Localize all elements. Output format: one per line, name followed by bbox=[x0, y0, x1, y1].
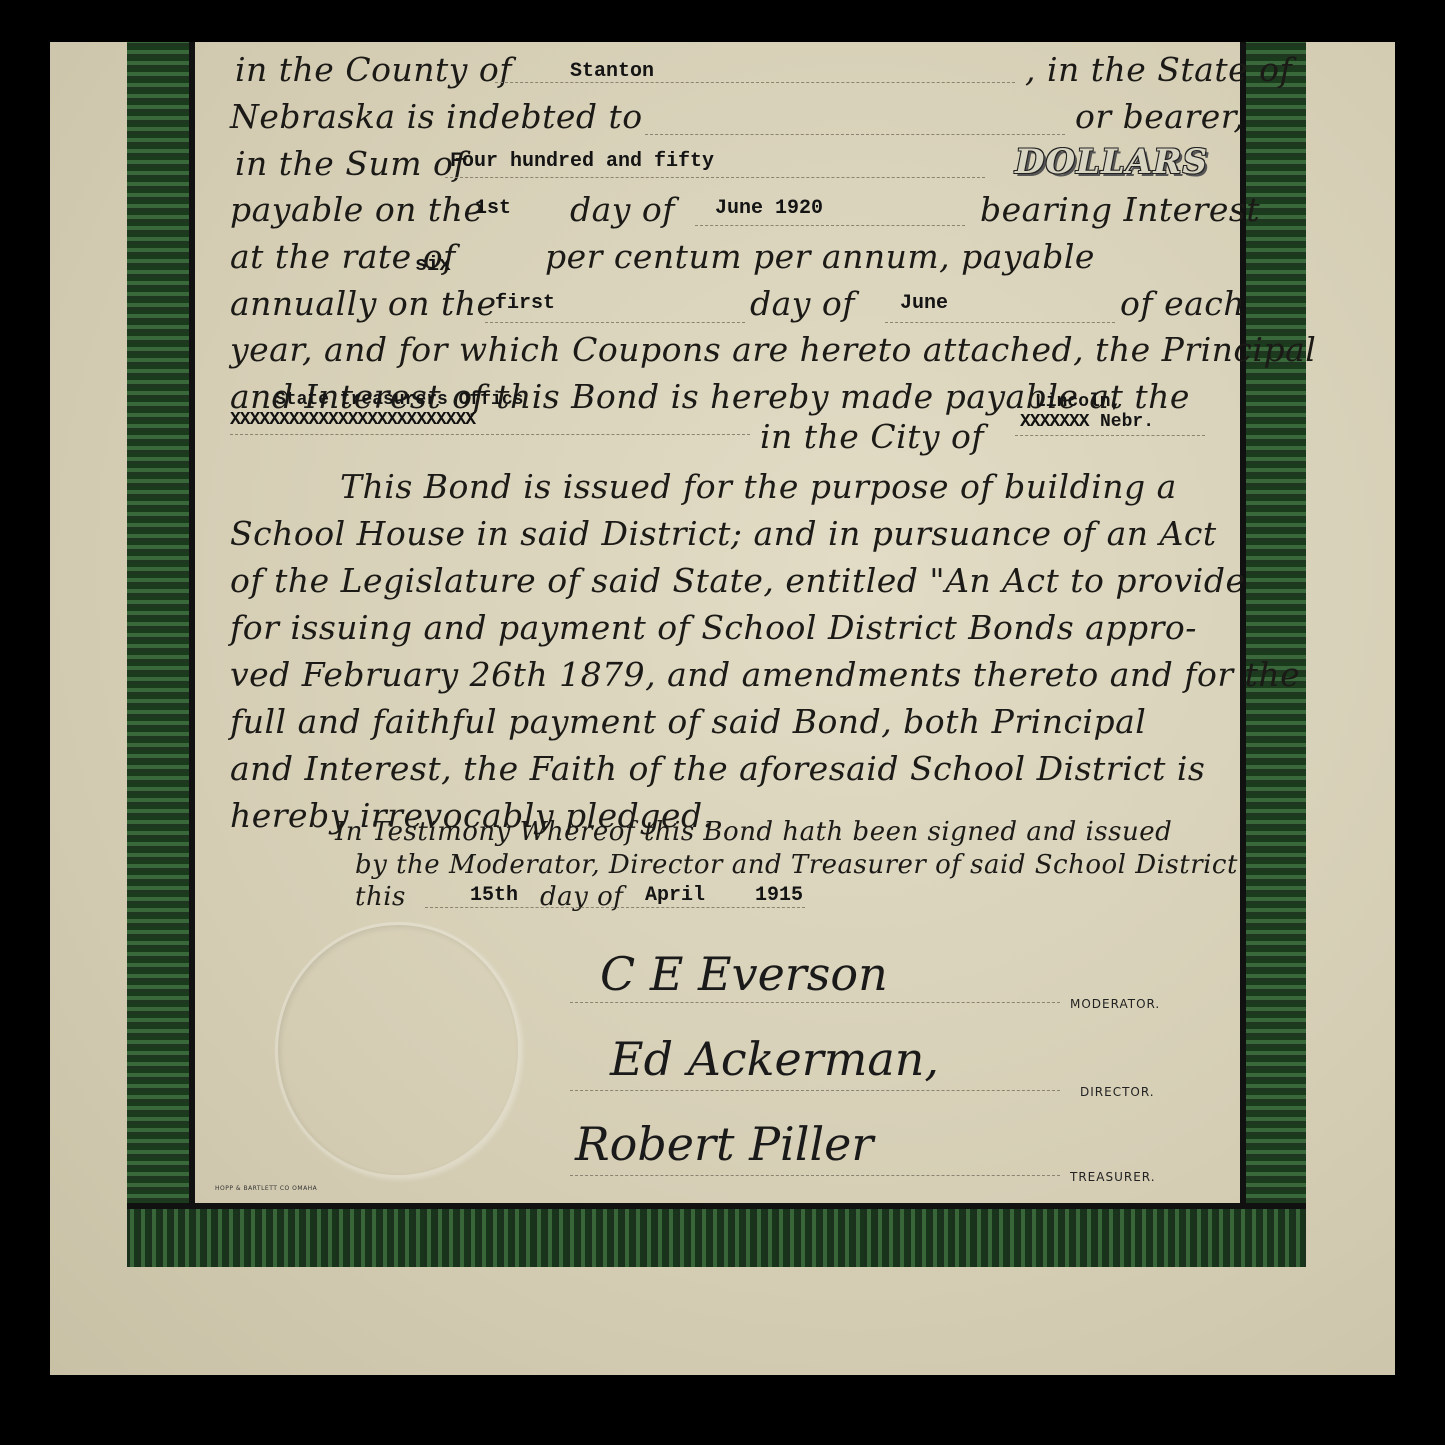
purpose-line-1: This Bond is issued for the purpose of b… bbox=[340, 467, 1177, 506]
guilloche-border-bottom bbox=[127, 1203, 1306, 1267]
sum-value: Four hundred and fifty bbox=[450, 150, 714, 173]
bearer-label: or bearer, bbox=[1075, 97, 1244, 136]
city-rule bbox=[1015, 435, 1205, 436]
indebted-label: Nebraska is indebted to bbox=[230, 97, 643, 136]
testimony-line-2: by the Moderator, Director and Treasurer… bbox=[355, 850, 1238, 880]
moderator-rule bbox=[570, 1002, 1060, 1003]
issue-month: April bbox=[645, 884, 705, 907]
payable-date-rule bbox=[695, 225, 965, 226]
of-each-label: of each bbox=[1120, 284, 1245, 323]
payment-place: State treasurers Offics bbox=[275, 390, 523, 410]
struck-city: XXXXXXX bbox=[1020, 412, 1089, 432]
county-value: Stanton bbox=[570, 60, 654, 83]
treasurer-rule bbox=[570, 1175, 1060, 1176]
treasurer-label: TREASURER. bbox=[1070, 1170, 1156, 1184]
purpose-line-7: and Interest, the Faith of the aforesaid… bbox=[230, 749, 1205, 788]
state-label: , in the State of bbox=[1025, 50, 1292, 89]
purpose-line-3: of the Legislature of said State, entitl… bbox=[230, 561, 1245, 600]
moderator-label: MODERATOR. bbox=[1070, 997, 1160, 1011]
annually-label: annually on the bbox=[230, 284, 497, 323]
city-label: in the City of bbox=[760, 417, 984, 456]
payable-dayof-label: day of bbox=[570, 190, 675, 229]
annual-month-rule bbox=[885, 322, 1115, 323]
embossed-seal bbox=[275, 922, 521, 1178]
city-value: Lincoln, bbox=[1035, 392, 1121, 412]
purpose-line-4: for issuing and payment of School Distri… bbox=[230, 608, 1197, 647]
purpose-line-6: full and faithful payment of said Bond, … bbox=[230, 702, 1146, 741]
coupons-line: year, and for which Coupons are hereto a… bbox=[230, 330, 1316, 369]
payee-rule bbox=[645, 134, 1065, 135]
interest-label: bearing Interest bbox=[980, 190, 1260, 229]
struck-text: XXXXXXXXXXXXXXXXXXXXXXXXX bbox=[230, 410, 475, 430]
issue-day: 15th bbox=[470, 884, 518, 907]
annual-day-rule bbox=[485, 322, 745, 323]
issue-date-rule bbox=[425, 907, 805, 908]
payment-place-rule bbox=[230, 434, 750, 435]
treasurer-signature: Robert Piller bbox=[575, 1117, 873, 1171]
maturity-date: June 1920 bbox=[715, 197, 823, 220]
per-centum-label: per centum per annum, payable bbox=[545, 237, 1095, 276]
director-rule bbox=[570, 1090, 1060, 1091]
bond-document: in the County of Stanton , in the State … bbox=[50, 42, 1395, 1375]
purpose-line-5: ved February 26th 1879, and amendments t… bbox=[230, 655, 1300, 694]
county-label: in the County of bbox=[235, 50, 512, 89]
payable-label: payable on the bbox=[230, 190, 483, 229]
guilloche-border-left bbox=[127, 42, 195, 1267]
state-abbrev: Nebr. bbox=[1100, 412, 1154, 432]
director-label: DIRECTOR. bbox=[1080, 1085, 1155, 1099]
annual-day: first bbox=[495, 292, 555, 315]
rate-value: six bbox=[415, 254, 451, 277]
annual-dayof-label: day of bbox=[750, 284, 855, 323]
dollars-label: DOLLARS bbox=[1015, 142, 1208, 182]
this-label: this bbox=[355, 882, 406, 912]
director-signature: Ed Ackerman, bbox=[610, 1032, 939, 1086]
issue-year: 1915 bbox=[755, 884, 803, 907]
printer-mark: HOPP & BARTLETT CO OMAHA bbox=[215, 1185, 317, 1192]
testimony-line-1: In Testimony Whereof this Bond hath been… bbox=[335, 817, 1172, 847]
moderator-signature: C E Everson bbox=[600, 947, 888, 1001]
sum-rule bbox=[445, 177, 985, 178]
sum-label: in the Sum of bbox=[235, 144, 466, 183]
payable-day: 1st bbox=[475, 197, 511, 220]
purpose-line-2: School House in said District; and in pu… bbox=[230, 514, 1217, 553]
annual-month: June bbox=[900, 292, 948, 315]
